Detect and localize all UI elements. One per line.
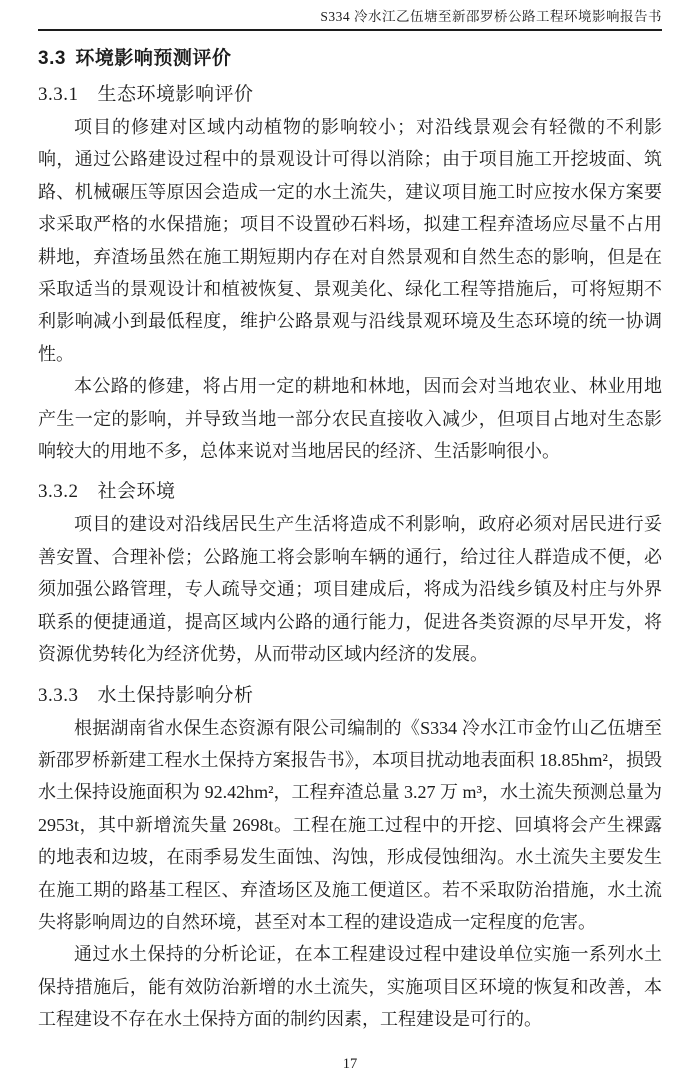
section-title: 社会环境	[98, 481, 176, 502]
section-3-3-3-content: 根据湖南省水保生态资源有限公司编制的《S334 冷水江市金竹山乙伍塘至新邵罗桥新…	[38, 712, 662, 1036]
paragraph: 本公路的修建，将占用一定的耕地和林地，因而会对当地农业、林业用地产生一定的影响，…	[38, 370, 662, 467]
section-3-3-2-content: 项目的建设对沿线居民生产生活将造成不利影响，政府必须对居民进行妥善安置、合理补偿…	[38, 508, 662, 670]
paragraph: 项目的建设对沿线居民生产生活将造成不利影响，政府必须对居民进行妥善安置、合理补偿…	[38, 508, 662, 670]
page-number: 17	[343, 1056, 358, 1072]
section-3-3-1-heading: 3.3.1生态环境影响评价	[38, 83, 662, 106]
page-header: S334 冷水江乙伍塘至新邵罗桥公路工程环境影响报告书	[38, 8, 662, 31]
paragraph: 项目的修建对区域内动植物的影响较小；对沿线景观会有轻微的不利影响，通过公路建设过…	[38, 111, 662, 370]
section-number: 3.3	[38, 48, 66, 69]
section-title: 水土保持影响分析	[98, 685, 254, 706]
section-number: 3.3.1	[38, 84, 79, 105]
paragraph: 通过水土保持的分析论证，在本工程建设过程中建设单位实施一系列水土保持措施后，能有…	[38, 938, 662, 1035]
paragraph: 根据湖南省水保生态资源有限公司编制的《S334 冷水江市金竹山乙伍塘至新邵罗桥新…	[38, 712, 662, 939]
section-title: 生态环境影响评价	[98, 84, 254, 105]
section-3-3-1-content: 项目的修建对区域内动植物的影响较小；对沿线景观会有轻微的不利影响，通过公路建设过…	[38, 111, 662, 467]
section-3-3-3-heading: 3.3.3水土保持影响分析	[38, 684, 662, 707]
section-number: 3.3.3	[38, 685, 79, 706]
document-page: S334 冷水江乙伍塘至新邵罗桥公路工程环境影响报告书 3.3环境影响预测评价 …	[0, 0, 700, 1083]
section-number: 3.3.2	[38, 481, 79, 502]
section-3-3-2-heading: 3.3.2社会环境	[38, 480, 662, 503]
page-footer: 17	[0, 1056, 700, 1073]
section-3-3-heading: 3.3环境影响预测评价	[38, 47, 662, 70]
section-title: 环境影响预测评价	[75, 48, 231, 69]
report-title: S334 冷水江乙伍塘至新邵罗桥公路工程环境影响报告书	[320, 9, 662, 24]
